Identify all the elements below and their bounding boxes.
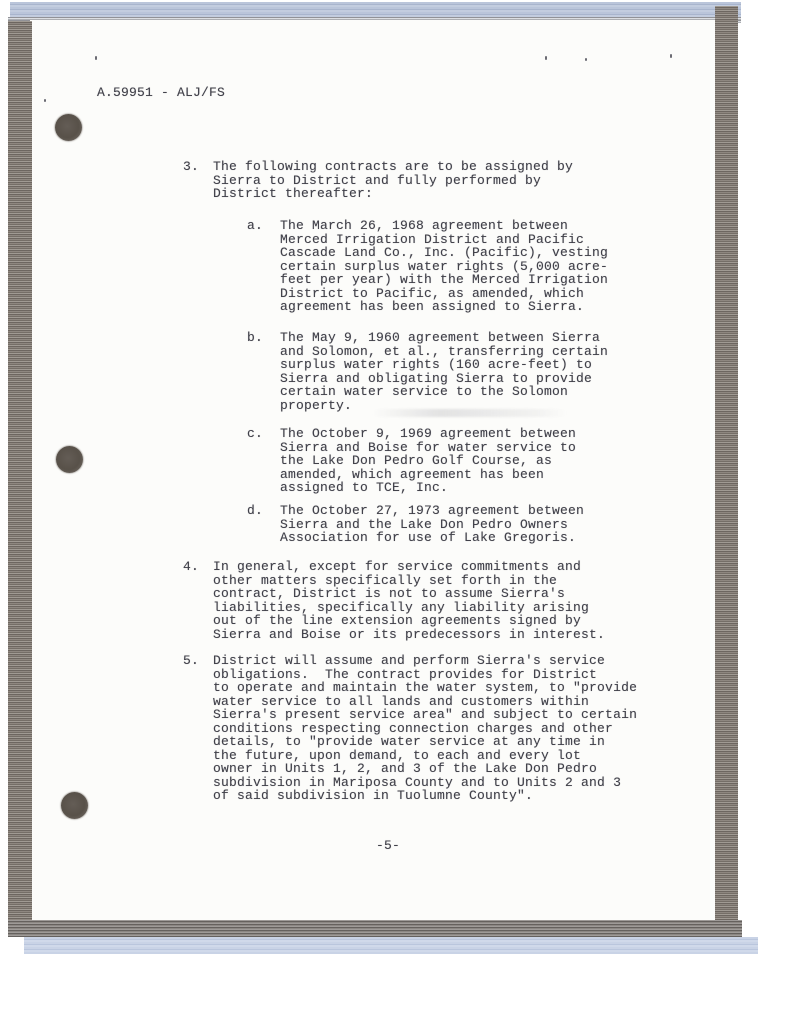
hole-punch-middle [56, 446, 83, 473]
scan-speck [670, 54, 672, 58]
subitem-body: The May 9, 1960 agreement between Sierra… [280, 331, 608, 412]
scan-top-band [10, 2, 741, 17]
paragraph-body: District will assume and perform Sierra'… [213, 654, 637, 803]
subitem-a: a. The March 26, 1968 agreement between … [247, 219, 608, 314]
scan-bottom-edge [8, 920, 742, 937]
subitem-letter: c. [247, 427, 280, 495]
subitem-d: d. The October 27, 1973 agreement betwee… [247, 504, 584, 545]
subitem-c: c. The October 9, 1969 agreement between… [247, 427, 576, 495]
paragraph-body: The following contracts are to be assign… [213, 160, 573, 201]
scan-bottom-band [24, 937, 758, 954]
scan-speck [545, 56, 547, 60]
paragraph-4: 4. In general, except for service commit… [183, 560, 605, 641]
paragraph-5: 5. District will assume and perform Sier… [183, 654, 637, 803]
scan-speck [95, 56, 97, 60]
paragraph-number: 3. [183, 160, 213, 201]
subitem-b: b. The May 9, 1960 agreement between Sie… [247, 331, 608, 412]
scan-speck [44, 99, 46, 102]
page-number: -5- [376, 839, 400, 853]
paragraph-3: 3. The following contracts are to be ass… [183, 160, 573, 201]
subitem-letter: d. [247, 504, 280, 545]
subitem-body: The October 27, 1973 agreement between S… [280, 504, 584, 545]
paragraph-body: In general, except for service commitmen… [213, 560, 605, 641]
subitem-body: The March 26, 1968 agreement between Mer… [280, 219, 608, 314]
scan-speck [585, 58, 587, 61]
docket-number: A.59951 - ALJ/FS [97, 86, 225, 100]
subitem-letter: b. [247, 331, 280, 412]
hole-punch-bottom [61, 792, 88, 819]
paragraph-number: 4. [183, 560, 213, 641]
scan-right-edge [715, 6, 738, 937]
subitem-body: The October 9, 1969 agreement between Si… [280, 427, 576, 495]
paragraph-number: 5. [183, 654, 213, 803]
subitem-letter: a. [247, 219, 280, 314]
scanned-document: A.59951 - ALJ/FS 3. The following contra… [0, 0, 791, 1024]
scan-left-edge [8, 21, 32, 937]
hole-punch-top [55, 114, 82, 141]
